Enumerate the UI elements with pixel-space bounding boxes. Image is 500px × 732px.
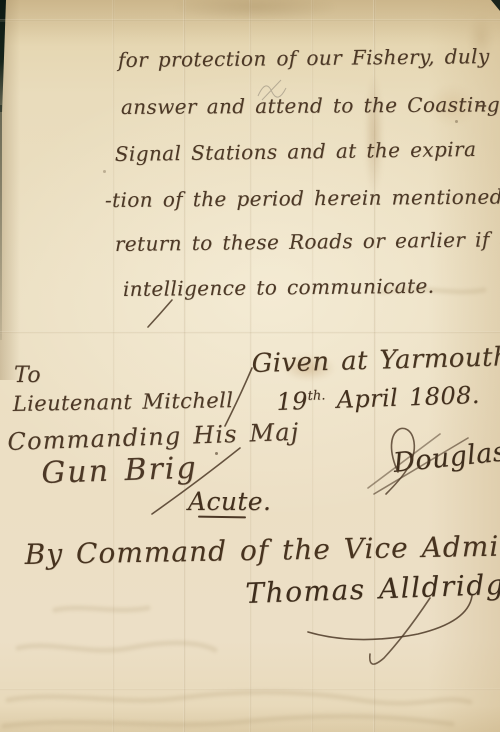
body-line: Signal Stations and at the expira xyxy=(115,137,477,166)
vertical-fold-crease xyxy=(112,0,115,732)
body-line: -tion of the period herein mentioned xyxy=(105,185,500,212)
margin-dash-mark: – xyxy=(477,92,487,116)
body-line: intelligence to communicate. xyxy=(123,274,435,301)
manuscript-page: for protection of our Fishery, duly answ… xyxy=(0,0,500,732)
horizontal-fold-crease xyxy=(0,688,500,691)
ink-speck xyxy=(215,452,218,455)
date-rest: April 1808. xyxy=(336,381,480,414)
date-ordinal: th. xyxy=(307,388,325,404)
date-day: 19 xyxy=(276,387,308,416)
address-recipient: Lieutenant Mitchell xyxy=(13,388,234,416)
address-salutation: To xyxy=(14,363,41,388)
ink-speck xyxy=(455,120,458,123)
address-vessel-type: Gun Brig xyxy=(41,451,198,491)
ship-name: Acute. xyxy=(188,487,271,516)
ink-speck xyxy=(103,170,106,173)
address-commanding: Commanding His Maj xyxy=(7,418,300,456)
body-line: return to these Roads or earlier if any xyxy=(115,227,500,256)
mount-edge-left-thin xyxy=(0,105,2,340)
horizontal-fold-crease xyxy=(0,331,500,334)
ship-name-underline xyxy=(198,516,246,519)
body-line: for protection of our Fishery, duly xyxy=(118,44,490,72)
body-line: answer and attend to the Coasting xyxy=(121,92,500,119)
